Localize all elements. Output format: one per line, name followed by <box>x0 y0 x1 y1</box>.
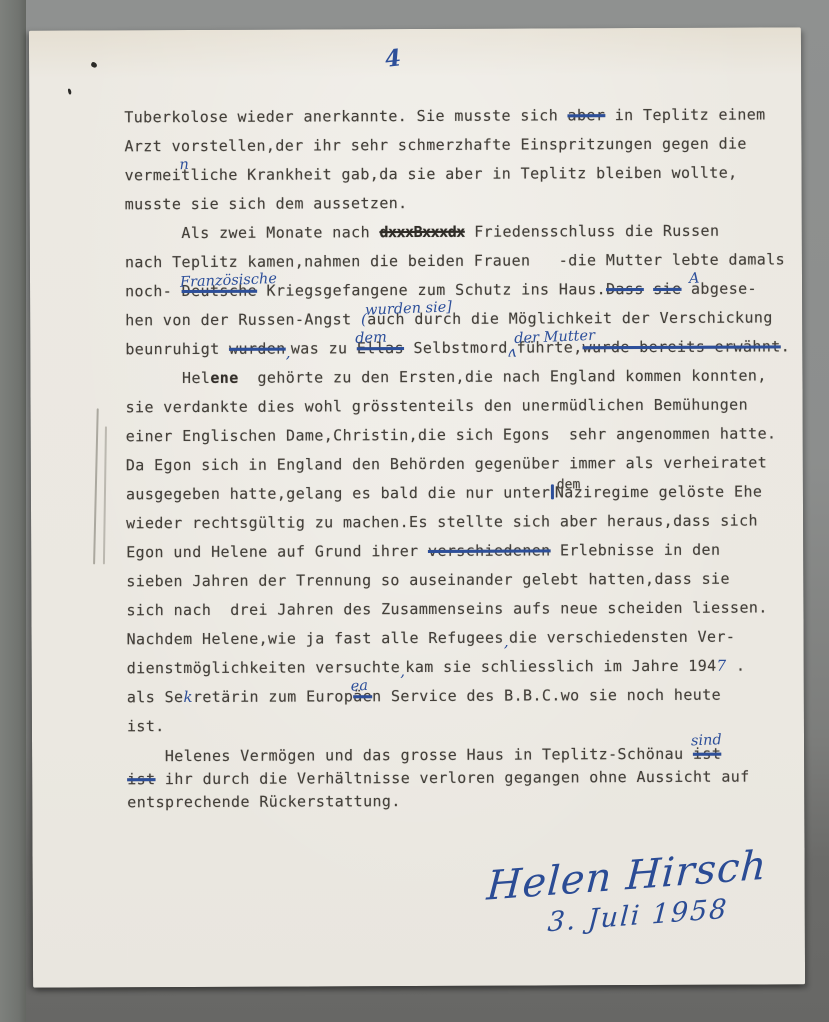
typed-text: Als zwei Monate nach <box>125 223 380 242</box>
typed-text: ist. <box>127 717 165 735</box>
typed-text: sie verdankte dies wohl grösstenteils de… <box>126 396 749 417</box>
typed-text: kam sie schliesslich im Jahre 194 <box>405 657 716 676</box>
typed-text: tn <box>181 166 191 184</box>
struck-text: DeutscheFranzösische <box>182 282 258 300</box>
typed-text: Helenes Vermögen und das grosse Haus in … <box>127 745 693 765</box>
struck-text: verschiedenen <box>428 541 551 560</box>
text-line: beunruhigt wurden,was zu Ellasdem Selbst… <box>125 332 815 364</box>
typed-text: Hel <box>125 369 210 387</box>
struck-text: äeea <box>353 687 372 705</box>
text-line: Da Egon sich in England den Behörden geg… <box>126 448 816 480</box>
struck-text: sie <box>653 280 681 298</box>
text-line: einer Englischen Dame,Christin,die sich … <box>126 419 816 451</box>
text-line: hen von der Russen-Angst (auch durch die… <box>125 303 815 335</box>
typed-text: sich nach drei Jahren des Zusammenseins … <box>126 598 767 619</box>
typed-text <box>644 280 654 298</box>
typed-text: die verschiedensten Ver- <box>509 628 735 647</box>
typed-text: vermei <box>125 166 182 184</box>
typed-text: sieben Jahren der Trennung so auseinande… <box>126 570 730 591</box>
text-line: sie verdankte dies wohl grösstenteils de… <box>125 390 815 422</box>
text-line: Arzt vorstellen,der ihr sehr schmerzhaft… <box>124 129 814 161</box>
text-line: Tuberkolose wieder anerkannte. Sie musst… <box>124 100 814 132</box>
text-line: vermeitnliche Krankheit gab,da sie aber … <box>124 158 814 190</box>
struck-text: Ellasdem <box>357 339 404 357</box>
typed-text: Arzt vorstellen,der ihr sehr schmerzhaft… <box>124 135 747 156</box>
above-line-correction: ea <box>351 672 369 702</box>
page-number: 4 <box>384 44 403 73</box>
above-line-correction: sind <box>690 729 722 753</box>
typed-text: Selbstmord <box>404 339 508 357</box>
typed-text: führte,der Mutter <box>517 338 583 356</box>
struck-text: wurden <box>229 340 286 358</box>
typed-text: liche Krankheit gab,da sie aber in Tepli… <box>191 164 738 184</box>
typed-text: in Teplitz einem <box>605 105 765 124</box>
text-line: als Sekretärin zum Europäeean Service de… <box>127 680 817 712</box>
backdrop-left-edge <box>0 0 26 1022</box>
typed-text: regime gelöste Ehe <box>593 482 763 501</box>
text-line: musste sie sich dem aussetzen. <box>125 187 815 219</box>
text-line: noch- DeutscheFranzösische Kriegsgefange… <box>125 274 815 306</box>
margin-pencil-line <box>103 426 107 564</box>
struck-text: dxxxBxxxdx <box>379 223 464 241</box>
typed-text: entsprechende Rückerstattung. <box>127 792 401 811</box>
typed-text: als Se <box>127 688 184 706</box>
typed-text: n Service des B.B.C.wo sie noch heute <box>372 686 721 706</box>
typed-text: einer Englischen Dame,Christin,die sich … <box>126 424 777 445</box>
typed-text: Nachdem Helene,wie ja fast alle Refugees <box>127 629 504 649</box>
text-line: ist ihr durch die Verhältnisse verloren … <box>127 765 817 791</box>
typed-text: musste sie sich dem aussetzen. <box>125 194 408 213</box>
text-line: Als zwei Monate nach dxxxBxxxdx Friedens… <box>125 216 815 248</box>
handwritten-correction: , <box>286 344 291 362</box>
above-line-correction: dem <box>557 470 581 499</box>
text-line: Egon und Helene auf Grund ihrer verschie… <box>126 535 816 567</box>
typed-text: abgese-A <box>691 280 757 298</box>
typed-text: Nazidem <box>555 483 593 501</box>
typed-text: hen von der Russen-Angst <box>125 310 361 329</box>
text-line: dienstmöglichkeiten versuchte,kam sie sc… <box>127 651 817 683</box>
typed-text: ihr durch die Verhältnisse verloren gega… <box>155 768 749 789</box>
insertion-mark <box>551 484 554 499</box>
text-line: Helene gehörte zu den Ersten,die nach En… <box>125 361 815 393</box>
text-line: entsprechende Rückerstattung. <box>127 788 817 814</box>
typed-text: . <box>726 657 745 675</box>
typed-text: wieder rechtsgültig zu machen.Es stellte… <box>126 512 758 533</box>
typed-text: Friedensschluss die Russen <box>465 222 720 241</box>
typed-text: . <box>781 337 791 355</box>
above-line-correction: n <box>179 151 189 180</box>
typed-text: was zu <box>291 339 357 357</box>
margin-pencil-line <box>93 408 99 564</box>
text-line: wieder rechtsgültig zu machen.Es stellte… <box>126 506 816 538</box>
typed-text: auch durch diewurden sie] <box>367 310 499 329</box>
document-page: 4 Tuberkolose wieder anerkannte. Sie mus… <box>29 27 805 987</box>
struck-text: aber <box>568 106 606 124</box>
above-line-correction: wurden sie] <box>365 293 453 325</box>
typed-text: gehörte zu den Ersten,die nach England k… <box>239 366 767 386</box>
typed-text: Egon und Helene auf Grund ihrer <box>126 542 428 561</box>
typed-text: ausgegeben hatte,gelang es bald die nur … <box>126 483 550 503</box>
text-line: Nachdem Helene,wie ja fast alle Refugees… <box>127 622 817 654</box>
typed-text: Tuberkolose wieder anerkannte. Sie musst… <box>124 106 567 126</box>
struck-text: Dass <box>606 280 644 298</box>
text-line: sich nach drei Jahren des Zusammenseins … <box>126 593 816 625</box>
typed-text: ene <box>210 369 238 387</box>
text-line: sieben Jahren der Trennung so auseinande… <box>126 564 816 596</box>
struck-text: wurde bereits erwähnt <box>583 337 781 356</box>
above-line-correction: dem <box>354 324 387 354</box>
ink-speck <box>68 88 72 94</box>
typed-text: Da Egon sich in England den Behörden geg… <box>126 453 767 474</box>
struck-text: istsind <box>693 745 721 763</box>
above-line-correction: A <box>688 265 700 294</box>
typed-text: retärin zum Europ <box>193 687 353 706</box>
typed-text: Erlebnisse in den <box>551 541 721 560</box>
text-line: Helenes Vermögen und das grosse Haus in … <box>127 742 817 768</box>
typed-lines: Tuberkolose wieder anerkannte. Sie musst… <box>124 100 817 814</box>
handwritten-correction: 7 <box>717 657 727 675</box>
signature-block: Helen Hirsch 3. Juli 1958 <box>485 841 800 943</box>
typed-text: noch- <box>125 282 182 300</box>
text-line: ausgegeben hatte,gelang es bald die nur … <box>126 477 816 509</box>
struck-text: ist <box>127 770 155 788</box>
typed-text: beunruhigt <box>125 340 229 358</box>
handwritten-correction: k <box>183 688 193 706</box>
handwritten-correction: , <box>400 662 405 680</box>
ink-speck <box>90 61 98 68</box>
